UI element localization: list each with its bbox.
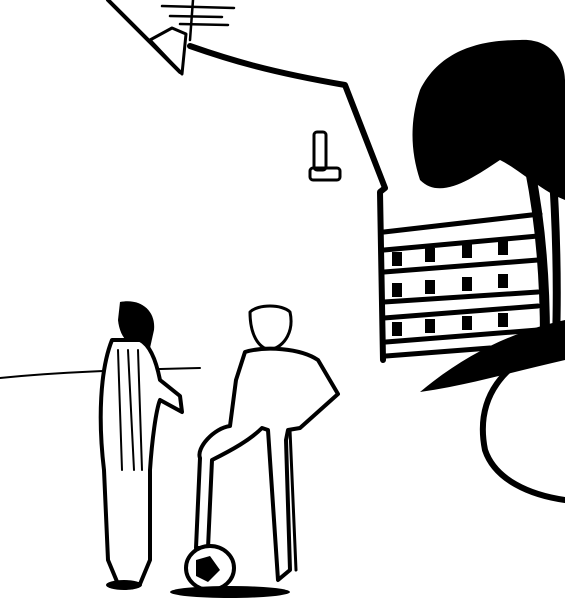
ink-illustration: [0, 0, 565, 609]
house: [108, 0, 385, 360]
antenna-icon: [162, 0, 234, 40]
horizon-line: [0, 368, 200, 378]
attic-window: [310, 132, 340, 180]
man-standing: [101, 301, 182, 590]
man-with-ball: [170, 306, 338, 598]
apartment-windows: [392, 241, 508, 336]
ground-shadow: [420, 320, 565, 392]
